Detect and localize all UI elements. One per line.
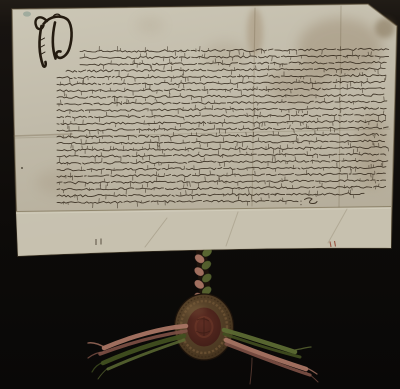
photo-frame [0,0,400,389]
charter-photograph [0,0,400,389]
seal-highlight [184,304,206,316]
archive-corner-mark [23,11,31,16]
parchment-group [12,4,397,256]
ink-speck [21,167,23,169]
